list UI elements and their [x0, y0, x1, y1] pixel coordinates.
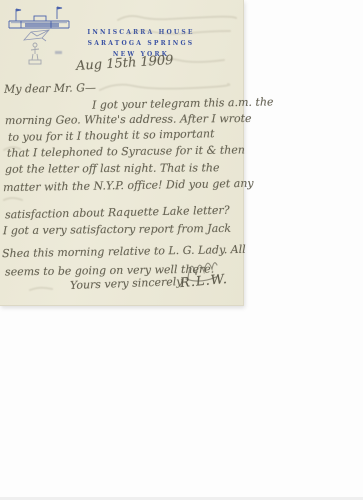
body-line: I got a very satisfactory report from Ja…: [3, 222, 231, 237]
letter-scan: INNISCARRA HOUSE SARATOGA SPRINGS NEW YO…: [0, 0, 363, 500]
salutation: My dear Mr. G—: [4, 81, 96, 96]
body-line: got the letter off last night. That is t…: [5, 161, 220, 175]
body-line: I got your telegram this a.m. the: [92, 95, 274, 111]
body-line: morning Geo. White's address. After I wr…: [5, 112, 252, 127]
monogram-flourish: [184, 252, 220, 282]
paper-sheet: INNISCARRA HOUSE SARATOGA SPRINGS NEW YO…: [0, 0, 244, 306]
